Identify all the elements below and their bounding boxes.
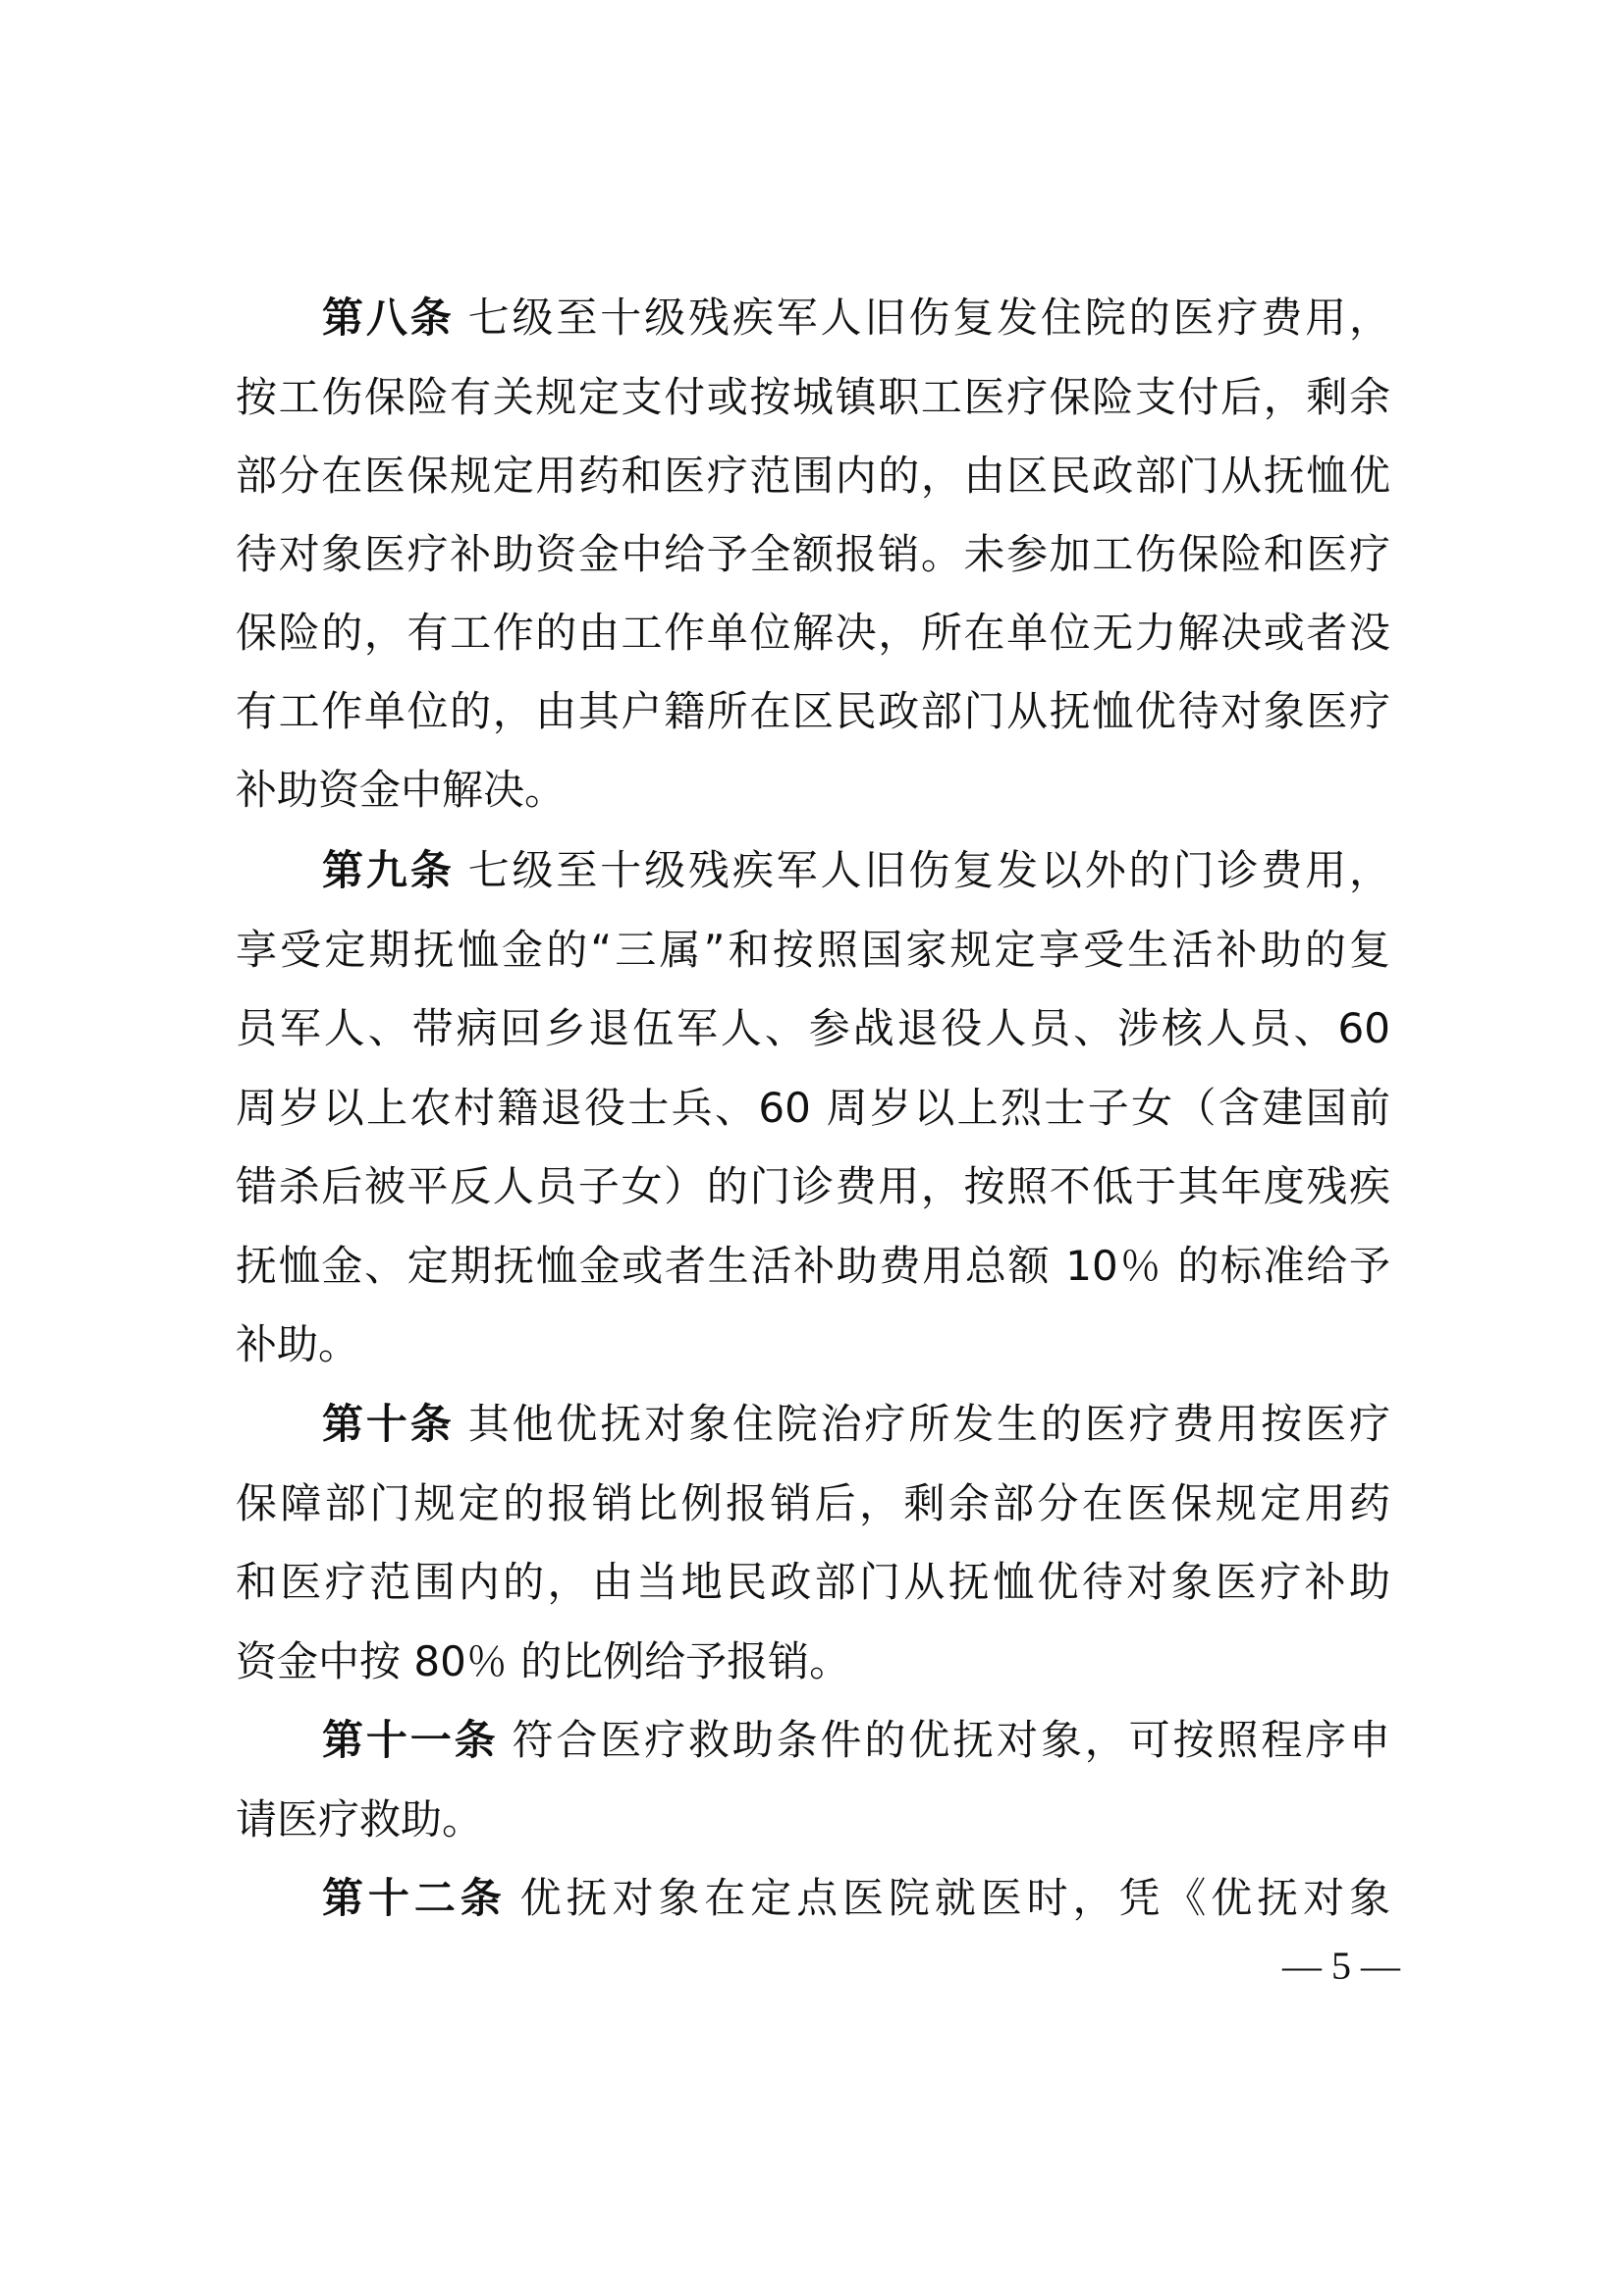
article-text: 七级至十级残疾军人旧伤复发住院的医疗费用， xyxy=(468,294,1390,342)
article-11-line-1: 第十一条符合医疗救助条件的优抚对象，可按照程序申 xyxy=(322,1717,1390,1764)
article-8-line-6: 有工作单位的，由其户籍所在区民政部门从抚恤优待对象医疗 xyxy=(236,688,1390,735)
article-8-line-2: 按工伤保险有关规定支付或按城镇职工医疗保险支付后，剩余 xyxy=(236,374,1390,421)
article-9-line-3: 员军人、带病回乡退伍军人、参战退役人员、涉核人员、60 xyxy=(236,1005,1390,1052)
article-11-line-2: 请医疗救助。 xyxy=(236,1796,1390,1843)
article-number: 第十一条 xyxy=(322,1716,498,1764)
article-9-line-4: 周岁以上农村籍退役士兵、60 周岁以上烈士子女（含建国前 xyxy=(236,1085,1390,1132)
article-9-line-6: 抚恤金、定期抚恤金或者生活补助费用总额 10％ 的标准给予 xyxy=(236,1243,1390,1290)
article-8-line-5: 保险的，有工作的由工作单位解决，所在单位无力解决或者没 xyxy=(236,610,1390,657)
article-8-line-3: 部分在医保规定用药和医疗范围内的，由区民政部门从抚恤优 xyxy=(236,453,1390,500)
document-page: 第八条七级至十级残疾军人旧伤复发住院的医疗费用， 按工伤保险有关规定支付或按城镇… xyxy=(0,0,1624,2296)
page-number: — 5 — xyxy=(1227,1942,1400,1991)
article-number: 第九条 xyxy=(322,846,455,894)
article-8-line-7: 补助资金中解决。 xyxy=(236,767,1390,814)
article-8-line-1: 第八条七级至十级残疾军人旧伤复发住院的医疗费用， xyxy=(322,294,1390,342)
article-number: 第十条 xyxy=(322,1400,455,1448)
article-10-line-3: 和医疗范围内的，由当地民政部门从抚恤优待对象医疗补助 xyxy=(236,1559,1390,1606)
article-9-line-1: 第九条七级至十级残疾军人旧伤复发以外的门诊费用， xyxy=(322,847,1390,894)
article-9-line-7: 补助。 xyxy=(236,1321,1390,1368)
article-9-line-5: 错杀后被平反人员子女）的门诊费用，按照不低于其年度残疾 xyxy=(236,1163,1390,1210)
article-12-line-1: 第十二条优抚对象在定点医院就医时，凭《优抚对象 xyxy=(322,1875,1390,1922)
article-10-line-4: 资金中按 80％ 的比例给予报销。 xyxy=(236,1638,1390,1685)
article-text: 优抚对象在定点医院就医时，凭《优抚对象 xyxy=(520,1874,1390,1922)
article-text: 其他优抚对象住院治疗所发生的医疗费用按医疗 xyxy=(468,1400,1390,1448)
article-number: 第八条 xyxy=(322,294,455,342)
article-10-line-2: 保障部门规定的报销比例报销后，剩余部分在医保规定用药 xyxy=(236,1480,1390,1527)
article-text: 七级至十级残疾军人旧伤复发以外的门诊费用， xyxy=(468,846,1390,894)
article-number: 第十二条 xyxy=(322,1874,507,1922)
article-8-line-4: 待对象医疗补助资金中给予全额报销。未参加工伤保险和医疗 xyxy=(236,531,1390,578)
article-text: 符合医疗救助条件的优抚对象，可按照程序申 xyxy=(512,1716,1390,1764)
article-9-line-2: 享受定期抚恤金的“三属”和按照国家规定享受生活补助的复 xyxy=(236,927,1390,974)
article-10-line-1: 第十条其他优抚对象住院治疗所发生的医疗费用按医疗 xyxy=(322,1401,1390,1448)
